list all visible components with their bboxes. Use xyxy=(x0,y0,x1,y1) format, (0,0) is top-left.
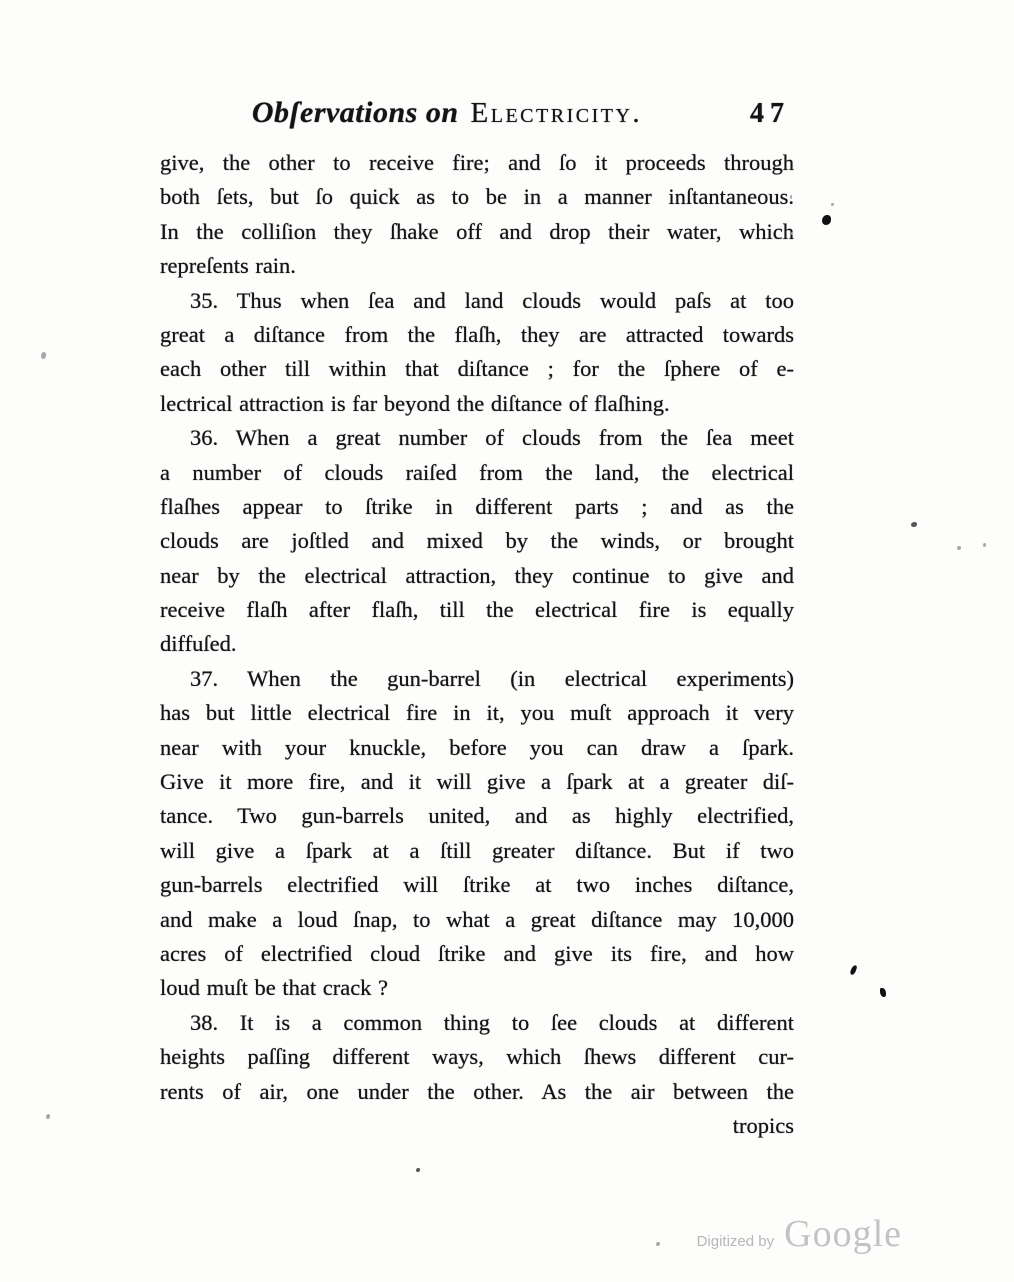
page-title: Obſervations on Electricity. xyxy=(160,96,734,130)
page-number: 47 xyxy=(750,98,790,130)
text-line: flaſhes appear to ſtrike in different pa… xyxy=(160,490,794,524)
text-line: In the colliſion they ſhake off and drop… xyxy=(160,215,794,249)
ink-speck xyxy=(911,522,917,527)
ink-speck xyxy=(822,215,831,225)
text-line: 35. Thus when ſea and land clouds would … xyxy=(160,284,794,318)
page-title-caps: Electricity. xyxy=(471,97,643,129)
text-line: give, the other to receive fire; and ſo … xyxy=(160,146,794,180)
text-line: acres of electrified cloud ſtrike and gi… xyxy=(160,937,794,971)
text-block: give, the other to receive fire; and ſo … xyxy=(160,146,794,1143)
text-line: clouds are joſtled and mixed by the wind… xyxy=(160,524,794,558)
text-line: heights paſſing different ways, which ſh… xyxy=(160,1040,794,1074)
ink-speck xyxy=(983,543,986,547)
page-title-italic: Obſervations on xyxy=(252,96,459,129)
text-line: a number of clouds raiſed from the land,… xyxy=(160,456,794,490)
ink-speck xyxy=(416,1168,420,1172)
ink-speck xyxy=(791,232,793,235)
text-line: both ſets, but ſo quick as to be in a ma… xyxy=(160,180,794,214)
text-line: 37. When the gun-barrel (in electrical e… xyxy=(160,662,794,696)
ink-speck xyxy=(850,964,858,975)
digitized-by-label: Digitized by xyxy=(697,1233,775,1250)
book-page-scan: Obſervations on Electricity. 47 give, th… xyxy=(0,0,1014,1282)
text-line: tance. Two gun-barrels united, and as hi… xyxy=(160,799,794,833)
text-line: tropics xyxy=(160,1109,794,1143)
text-line: loud muſt be that crack ? xyxy=(160,971,794,1005)
ink-speck xyxy=(880,988,886,997)
text-line: and make a loud ſnap, to what a great di… xyxy=(160,903,794,937)
text-line: rents of air, one under the other. As th… xyxy=(160,1075,794,1109)
text-line: gun-barrels electrified will ſtrike at t… xyxy=(160,868,794,902)
text-line: Give it more fire, and it will give a ſp… xyxy=(160,765,794,799)
text-line: diffuſed. xyxy=(160,627,794,661)
text-line: 38. It is a common thing to ſee clouds a… xyxy=(160,1006,794,1040)
text-line: will give a ſpark at a ſtill greater diſ… xyxy=(160,834,794,868)
text-line: great a diſtance from the flaſh, they ar… xyxy=(160,318,794,352)
text-line: near with your knuckle, before you can d… xyxy=(160,731,794,765)
ink-speck xyxy=(790,195,792,199)
text-line: 36. When a great number of clouds from t… xyxy=(160,421,794,455)
watermark: Digitized by Google xyxy=(697,1212,902,1256)
text-line: lectrical attraction is far beyond the d… xyxy=(160,387,794,421)
text-line: repreſents rain. xyxy=(160,249,794,283)
text-line: receive flaſh after flaſh, till the elec… xyxy=(160,593,794,627)
text-line: near by the electrical attraction, they … xyxy=(160,559,794,593)
ink-speck xyxy=(46,1114,50,1119)
ink-speck xyxy=(656,1242,660,1246)
ink-speck xyxy=(957,546,961,550)
google-logo: Google xyxy=(784,1212,902,1256)
ink-speck xyxy=(831,203,834,206)
text-line: each other till within that diſtance ; f… xyxy=(160,352,794,386)
running-header: Obſervations on Electricity. 47 xyxy=(160,96,794,138)
text-line: has but little electrical fire in it, yo… xyxy=(160,696,794,730)
ink-speck xyxy=(41,352,46,359)
